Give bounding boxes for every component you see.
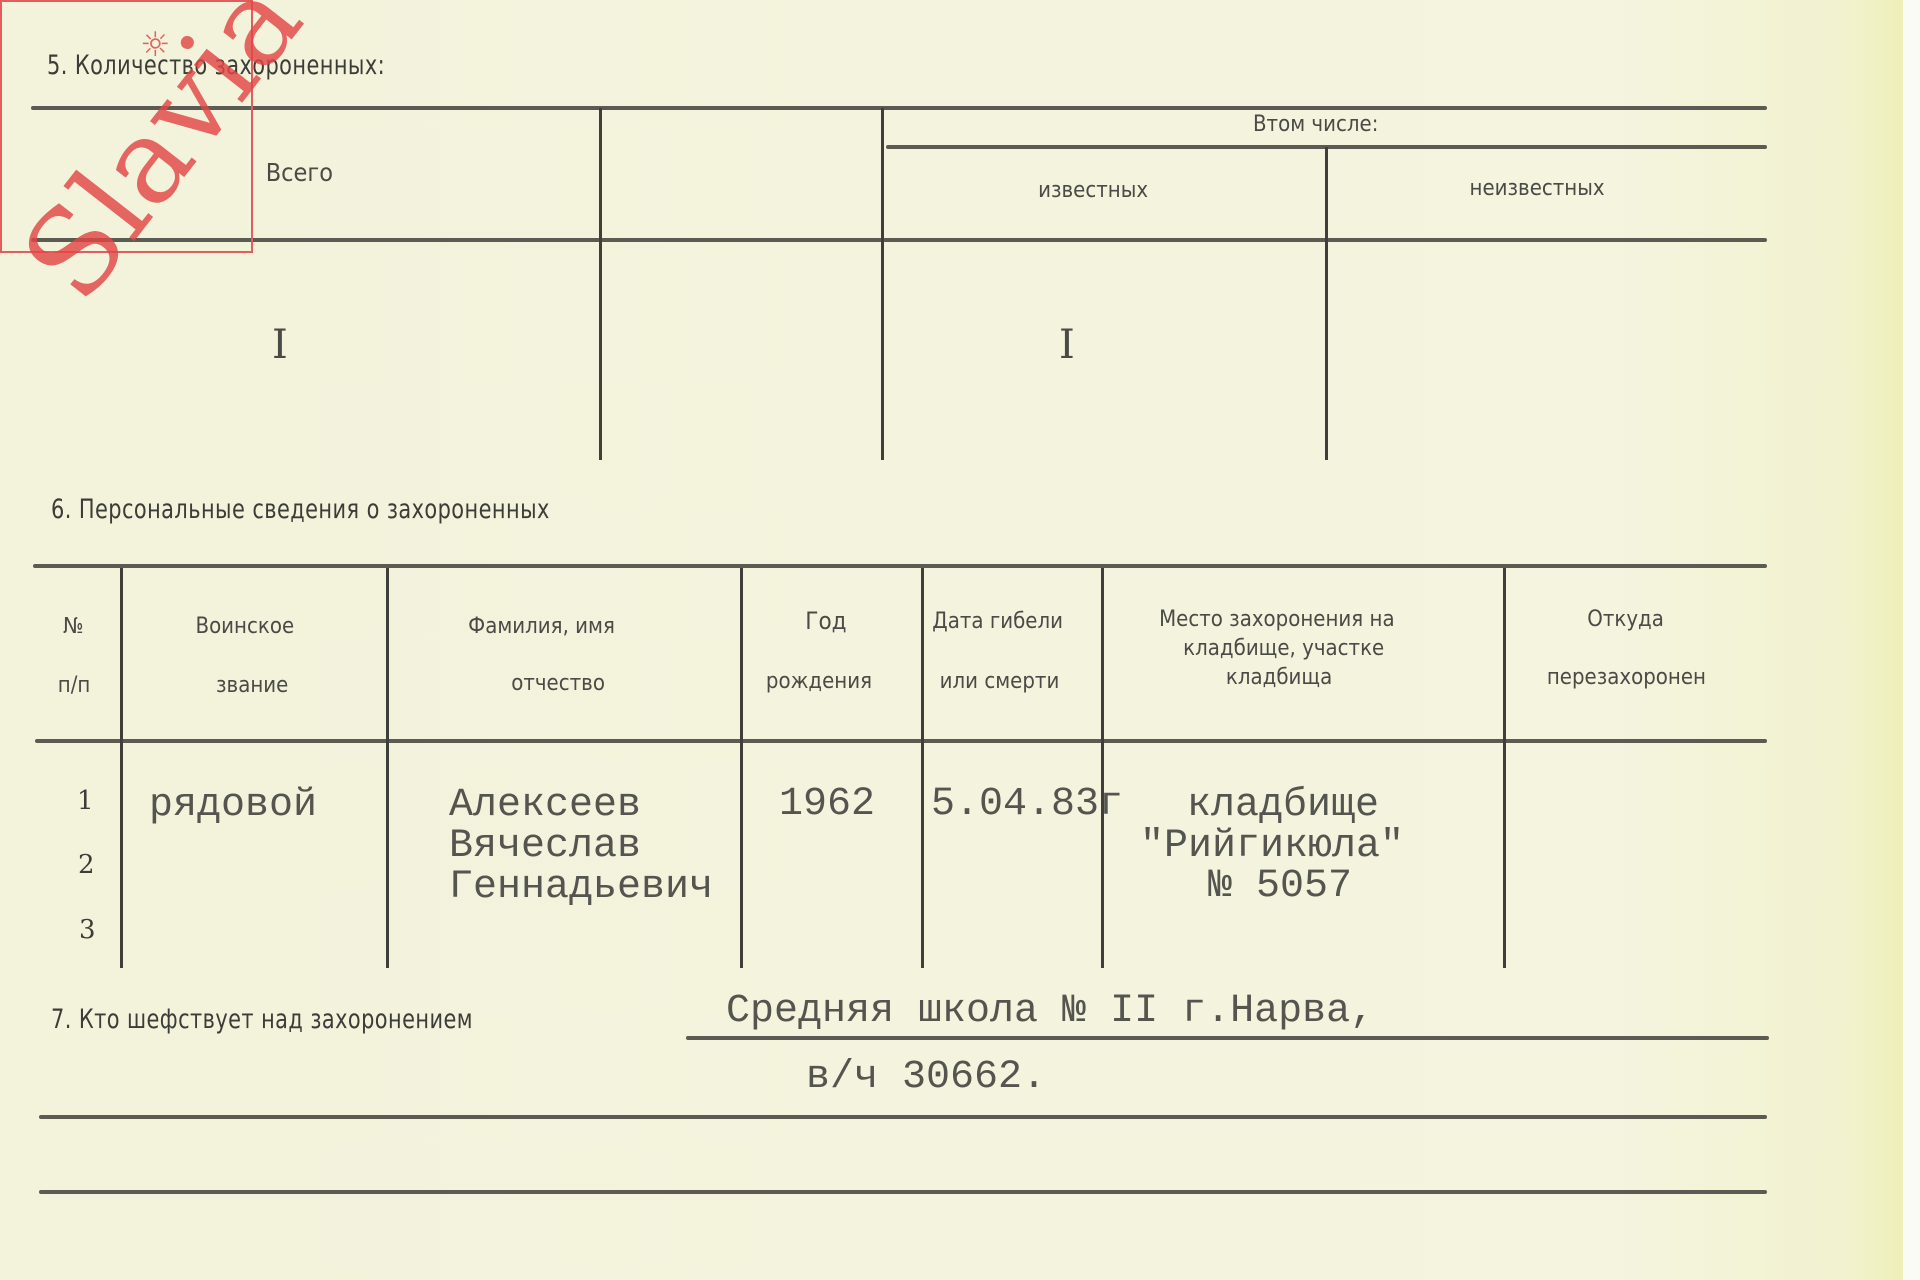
col-number-line2: п/п [58,671,91,700]
blank-line-1 [39,1115,1767,1119]
row-number-2: 2 [78,850,95,880]
col-rank-line1: Воинское [195,612,294,641]
col-death-line1: Дата гибели [932,607,1063,636]
table2-col-divider-4 [921,568,924,968]
table1-col-divider-1 [599,108,602,460]
table1-header-bottom [31,238,1767,242]
table1-col-divider-3 [1325,147,1328,460]
table2-header-bottom [35,739,1767,743]
col-birth-line1: Год [805,607,846,636]
section7-label: 7. Кто шефствует над захоронением [51,1004,473,1035]
table2-col-divider-3 [740,568,743,968]
header-known: известных [1038,176,1148,205]
col-reburied-line1: Откуда [1587,605,1664,634]
col-birth-line2: рождения [766,667,872,696]
table1-top-border [31,106,1767,110]
cell-birth-year: 1962 [779,784,875,826]
cell-name-first: Вячеслав [449,826,641,868]
table2-col-divider-2 [386,568,389,968]
col-place-line1: Место захоронения на [1159,605,1395,634]
section7-patron-line2: в/ч 30662. [806,1057,1046,1099]
col-place-line3: кладбища [1226,663,1332,692]
header-total: Всего [266,158,333,187]
table2-col-divider-6 [1503,568,1506,968]
row-number-1: 1 [77,786,94,816]
cell-death-date: 5.04.83г [931,784,1123,826]
cell-burial-place-2: "Рийгикюла" [1140,826,1404,868]
col-death-line2: или смерти [940,667,1060,696]
col-name-line1: Фамилия, имя [468,612,615,641]
value-known: I [1059,322,1075,368]
cell-rank: рядовой [149,785,317,827]
table1-col-divider-2 [881,108,884,460]
blank-line-2 [39,1190,1767,1194]
section6-title: 6. Персональные сведения о захороненных [51,494,550,525]
col-reburied-line2: перезахоронен [1547,663,1706,692]
cell-name-surname: Алексеев [449,785,641,827]
section7-patron-line1: Средняя школа № II г.Нарва, [726,991,1374,1033]
col-rank-line2: звание [216,671,288,700]
section7-underline [686,1036,1769,1040]
header-unknown: неизвестных [1470,174,1605,203]
value-total: I [272,322,288,368]
table2-col-divider-1 [120,568,123,968]
row-number-3: 3 [79,915,96,945]
col-name-line2: отчество [511,669,605,698]
cell-burial-place-3: № 5057 [1208,866,1352,908]
header-including: Втом числе: [1253,110,1378,139]
cell-burial-place-1: кладбище [1187,785,1379,827]
table2-top-border [33,564,1767,568]
col-place-line2: кладбище, участке [1183,634,1384,663]
cell-name-patronymic: Геннадьевич [449,867,713,909]
scan-edge [1903,0,1920,1280]
table2-col-divider-5 [1101,568,1104,968]
col-number-line1: № [63,612,84,641]
